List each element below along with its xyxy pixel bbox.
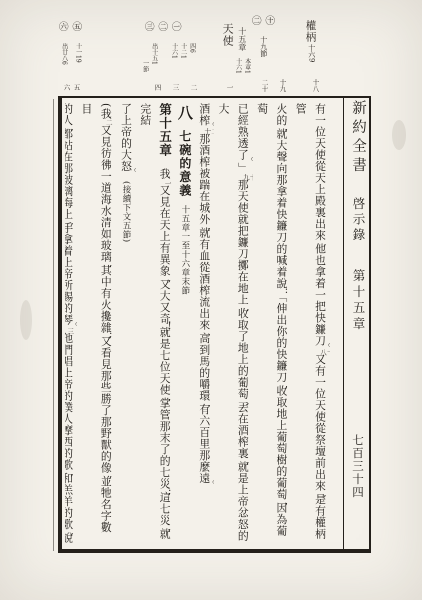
side-punctuation: , xyxy=(160,273,175,275)
side-punctuation: ; xyxy=(101,329,116,331)
side-punctuation: , xyxy=(65,467,77,469)
circled-note-marks: ㊅㊄ xyxy=(59,19,86,33)
side-punctuation: , xyxy=(277,379,292,381)
verse-label: 十八 xyxy=(311,79,318,92)
circled-note-marks: ㊁㊉ xyxy=(252,13,279,27)
verse-marker: 二十 xyxy=(203,128,214,133)
side-punctuation: , xyxy=(199,221,214,223)
text-column: (我二又見彷彿一道海水清如玻璃,其中有火攙雜;又看見那些勝了那野獸的像,並牠名字… xyxy=(77,103,116,544)
text-body: 有一位天使從天上殿裏出來,他也拿着一把快鐮刀。十八又有一位天使從祭壇前出來,是有… xyxy=(65,101,343,546)
chapter-heading-column: 第十五章我一又見在天上有異象,又大又奇!就是七位天使,掌管那末了的七災;這七災,… xyxy=(136,103,175,544)
book-title: 新約全書 xyxy=(350,100,366,176)
side-punctuation: 。 xyxy=(199,122,214,124)
side-punctuation: , xyxy=(65,122,77,124)
margin-note-ref: 一節 xyxy=(141,60,148,72)
side-punctuation: 。 xyxy=(65,322,77,324)
side-punctuation: , xyxy=(199,398,214,400)
verse-marker: 十八 xyxy=(319,349,330,354)
text-run-big: 八 xyxy=(176,105,194,123)
margin-note-ref: 十一19 xyxy=(74,43,81,63)
side-punctuation: , xyxy=(65,216,77,218)
text-column: 了上帝的大怒。(接續下文五節) xyxy=(116,103,136,544)
side-punctuation: : xyxy=(277,285,292,287)
side-punctuation: , xyxy=(160,522,175,524)
margin-note-word-tianshi: 天使 xyxy=(221,23,233,47)
scanned-book-page: 權柄 十六9 ㊁㊉ 十九節 十五章 天使 本章1 十六1 ㊂㊁㊀ 四6 十二1 … xyxy=(0,0,422,600)
margin-note-ref: 出廿八6 xyxy=(60,43,67,65)
text-column: 的人,都站在那玻璃海上,手拿着上帝所賜的琴。三他們唱上帝的僕人摩西的歌,和羔羊的… xyxy=(65,103,77,544)
chapter-title: 第十五章 xyxy=(351,269,366,333)
scan-smudge xyxy=(392,120,406,150)
verse-label: 四 xyxy=(153,84,160,91)
side-punctuation: , xyxy=(65,526,77,528)
text-run-head: 第十五章 xyxy=(158,103,173,157)
margin-note-ref: 四6 xyxy=(188,43,195,53)
margin-note-ref: 十六1 xyxy=(170,43,177,59)
verse-marker: 一 xyxy=(164,180,171,185)
page-number: 七百三十四 xyxy=(351,434,365,499)
side-punctuation: , xyxy=(238,396,253,398)
side-punctuation: 。 xyxy=(199,480,214,482)
margin-note-word-quanbing: 權柄 xyxy=(304,20,316,43)
side-punctuation: , xyxy=(199,327,214,329)
margin-note-ref: 本章1 xyxy=(243,58,250,74)
side-punctuation: , xyxy=(315,488,330,490)
side-punctuation: , xyxy=(238,302,253,304)
margin-note-ref: 十二1 xyxy=(179,43,186,59)
margin-note-ref: 十九節 xyxy=(259,36,267,57)
side-punctuation: , xyxy=(277,496,292,498)
side-punctuation: , xyxy=(238,455,253,457)
side-punctuation: , xyxy=(101,258,116,260)
verse-label: 十九 xyxy=(278,79,285,92)
verse-label: 三 xyxy=(171,84,178,91)
verse-marker: 三 xyxy=(66,328,73,333)
side-punctuation: , xyxy=(277,122,292,124)
scan-edge-line xyxy=(53,99,54,551)
verse-label: 二十 xyxy=(260,79,267,92)
text-run-sm: 十五章一至十六章末節 xyxy=(180,205,190,295)
text-column: 有一位天使從天上殿裏出來,他也拿着一把快鐮刀。十八又有一位天使從祭壇前出來,是有… xyxy=(291,103,330,544)
circled-note-marks: ㊂㊁㊀ xyxy=(145,19,186,33)
text-column: 火的,就大聲向那拿着快鐮刀的喊着說:「伸出你的快鐮刀,收取地上葡萄樹的葡萄,因為… xyxy=(253,103,292,544)
side-punctuation: ; xyxy=(160,486,175,488)
side-punctuation: , xyxy=(160,392,175,394)
work-title: 啓示錄 xyxy=(351,197,366,244)
text-run-bold: 七碗的意義 xyxy=(178,130,192,198)
text-run-sm: (接續下文五節) xyxy=(121,181,131,243)
text-column: 酒榨。二十那酒榨被踹在城外,就有血從酒榨流出來,高到馬的嚼環,有六百里那麼遠。 xyxy=(195,103,214,544)
margin-note-ref: 十六9 xyxy=(307,44,315,62)
text-column: 已經熟透了。」十九那天使就把鐮刀擲在地上,收取了地上的葡萄,丟在酒榨裏,就是上帝… xyxy=(214,103,253,544)
side-punctuation: 。 xyxy=(121,168,136,170)
section-heading-column: 八七碗的意義十五章一至十六章末節 xyxy=(175,103,195,544)
page-frame: 新約全書 啓示錄 第十五章 七百三十四 有一位天使從天上殿裏出來,他也拿着一把快… xyxy=(58,96,371,553)
side-punctuation: , xyxy=(101,469,116,471)
title-column: 新約全書 啓示錄 第十五章 七百三十四 xyxy=(343,98,369,549)
verse-label: 一 xyxy=(225,84,232,91)
verse-marker: 十九 xyxy=(242,174,253,179)
verse-label: 二 xyxy=(189,84,196,91)
side-punctuation: 。 xyxy=(315,343,330,345)
margin-note-ref: 十六1 xyxy=(234,58,241,74)
side-punctuation: , xyxy=(315,237,330,239)
side-punctuation: 。 xyxy=(238,157,253,159)
margin-note-ref: 出十五1 xyxy=(150,43,157,65)
verse-label: 六 xyxy=(62,84,69,91)
scan-smudge xyxy=(20,300,32,340)
margin-note-ref: 十五章 xyxy=(237,27,246,51)
verse-label: 五 xyxy=(72,84,79,91)
verse-marker: 二 xyxy=(105,119,112,124)
side-punctuation: ! xyxy=(160,321,175,323)
